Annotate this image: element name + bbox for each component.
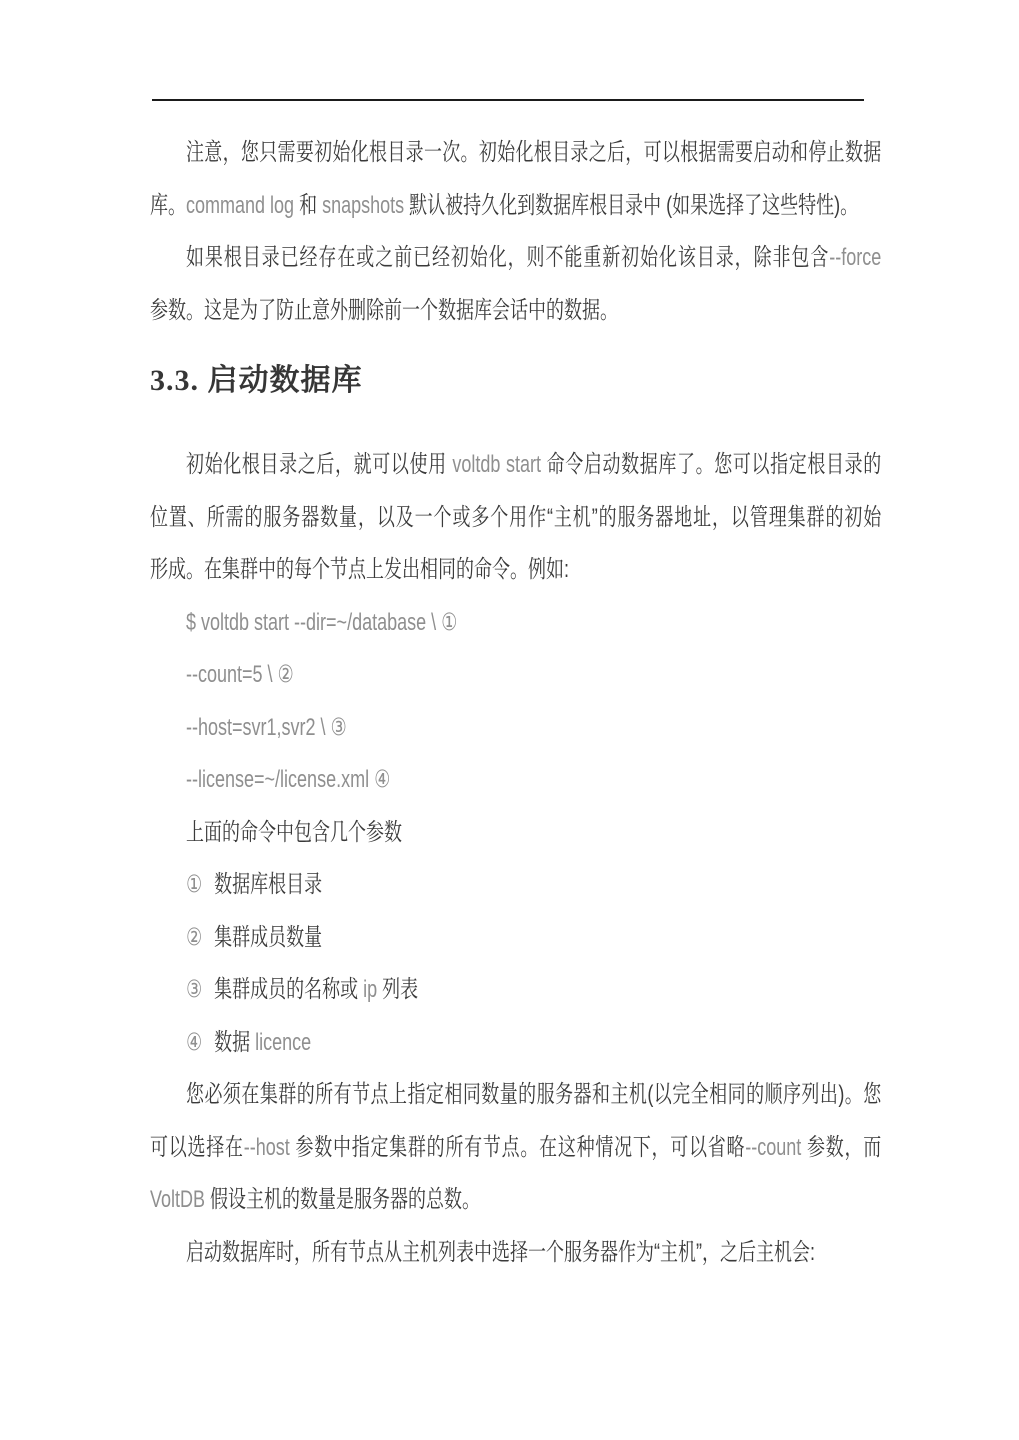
code-term: ip [363,976,377,1003]
paragraph-1-line-2: 库。command log 和 snapshots 默认被持久化到数据库根目录中… [150,180,881,233]
code-term: --force [829,244,881,271]
list-item-label: 数据库根目录 [214,871,322,898]
command-line-1: $ voltdb start --dir=~/database \ ① [150,597,881,650]
command-text: --count=5 \ ② [186,661,294,688]
section-heading: 3.3. 启动数据库 [150,361,363,401]
text-segment: 和 [299,192,322,219]
text-segment: 假设主机的数量是服务器的总数。 [210,1186,480,1213]
text-segment: 形成。在集群中的每个节点上发出相同的命令。例如: [150,556,569,583]
paragraph-2-line-2: 参数。这是为了防止意外删除前一个数据库会话中的数据。 [150,285,881,338]
list-item-1: ①数据库根目录 [150,859,881,912]
paragraph-4-line-1: 您必须在集群的所有节点上指定相同数量的服务器和主机(以完全相同的顺序列出)。您 [150,1069,881,1122]
text-segment: 如果根目录已经存在或之前已经初始化，则不能重新初始化该目录，除非包含 [186,244,829,271]
text-block-lower: 初始化根目录之后，就可以使用 voltdb start 命令启动数据库了。您可以… [150,439,881,1279]
text-block-upper: 注意，您只需要初始化根目录一次。初始化根目录之后，可以根据需要启动和停止数据 库… [150,127,881,337]
text-segment: 默认被持久化到数据库根目录中 (如果选择了这些特性)。 [409,192,858,219]
list-item-2: ②集群成员数量 [150,912,881,965]
horizontal-rule [152,99,864,101]
code-term: snapshots [322,192,409,219]
code-term: --host [244,1134,296,1161]
paragraph-5-line-1: 启动数据库时，所有节点从主机列表中选择一个服务器作为“主机”，之后主机会: [150,1227,881,1280]
text-segment: 命令启动数据库了。您可以指定根目录的 [547,451,882,478]
code-term: command log [186,192,299,219]
list-item-3: ③集群成员的名称或 ip 列表 [150,964,881,1017]
paragraph-1-line-1: 注意，您只需要初始化根目录一次。初始化根目录之后，可以根据需要启动和停止数据 [150,127,881,180]
command-line-3: --host=svr1,svr2 \ ③ [150,702,881,755]
list-item-label: 列表 [377,976,418,1003]
paragraph-4-line-3: VoltDB 假设主机的数量是服务器的总数。 [150,1174,881,1227]
text-segment: 注意，您只需要初始化根目录一次。初始化根目录之后，可以根据需要启动和停止数据 [186,139,881,166]
paragraph-2-line-1: 如果根目录已经存在或之前已经初始化，则不能重新初始化该目录，除非包含--forc… [150,232,881,285]
callout-number: ④ [186,1029,202,1056]
code-term: licence [255,1029,311,1056]
text-segment: 库。 [150,192,186,219]
list-item-4: ④数据 licence [150,1017,881,1070]
paragraph-3-line-3: 形成。在集群中的每个节点上发出相同的命令。例如: [150,544,881,597]
text-segment: 您必须在集群的所有节点上指定相同数量的服务器和主机(以完全相同的顺序列出)。您 [186,1081,881,1108]
command-text: $ voltdb start --dir=~/database \ ① [186,609,457,636]
text-segment: 上面的命令中包含几个参数 [186,819,402,846]
text-segment: 启动数据库时，所有节点从主机列表中选择一个服务器作为“主机”，之后主机会: [186,1239,815,1266]
text-segment: 参数，而 [807,1134,881,1161]
callout-number: ② [186,924,202,951]
text-segment: 参数中指定集群的所有节点。在这种情况下，可以省略 [295,1134,745,1161]
text-segment: 初始化根目录之后，就可以使用 [186,451,452,478]
callout-number: ③ [186,976,202,1003]
command-text: --license=~/license.xml ④ [186,766,390,793]
paragraph-4-line-2: 可以选择在--host 参数中指定集群的所有节点。在这种情况下，可以省略--co… [150,1122,881,1175]
callout-number: ① [186,871,202,898]
code-term: --count [745,1134,807,1161]
text-segment: 位置、所需的服务器数量，以及一个或多个用作“主机”的服务器地址，以管理集群的初始 [150,504,881,531]
code-term: voltdb start [452,451,546,478]
paragraph-3-line-2: 位置、所需的服务器数量，以及一个或多个用作“主机”的服务器地址，以管理集群的初始 [150,492,881,545]
code-term: VoltDB [150,1186,210,1213]
list-item-label: 数据 [214,1029,255,1056]
text-segment: 参数。这是为了防止意外删除前一个数据库会话中的数据。 [150,297,618,324]
command-line-2: --count=5 \ ② [150,649,881,702]
list-item-label: 集群成员数量 [214,924,322,951]
paragraph-3-line-1: 初始化根目录之后，就可以使用 voltdb start 命令启动数据库了。您可以… [150,439,881,492]
command-text: --host=svr1,svr2 \ ③ [186,714,347,741]
command-line-4: --license=~/license.xml ④ [150,754,881,807]
document-page: 注意，您只需要初始化根目录一次。初始化根目录之后，可以根据需要启动和停止数据 库… [0,0,1019,1440]
list-item-label: 集群成员的名称或 [214,976,363,1003]
text-segment: 可以选择在 [150,1134,244,1161]
parameters-intro-line: 上面的命令中包含几个参数 [150,807,881,860]
